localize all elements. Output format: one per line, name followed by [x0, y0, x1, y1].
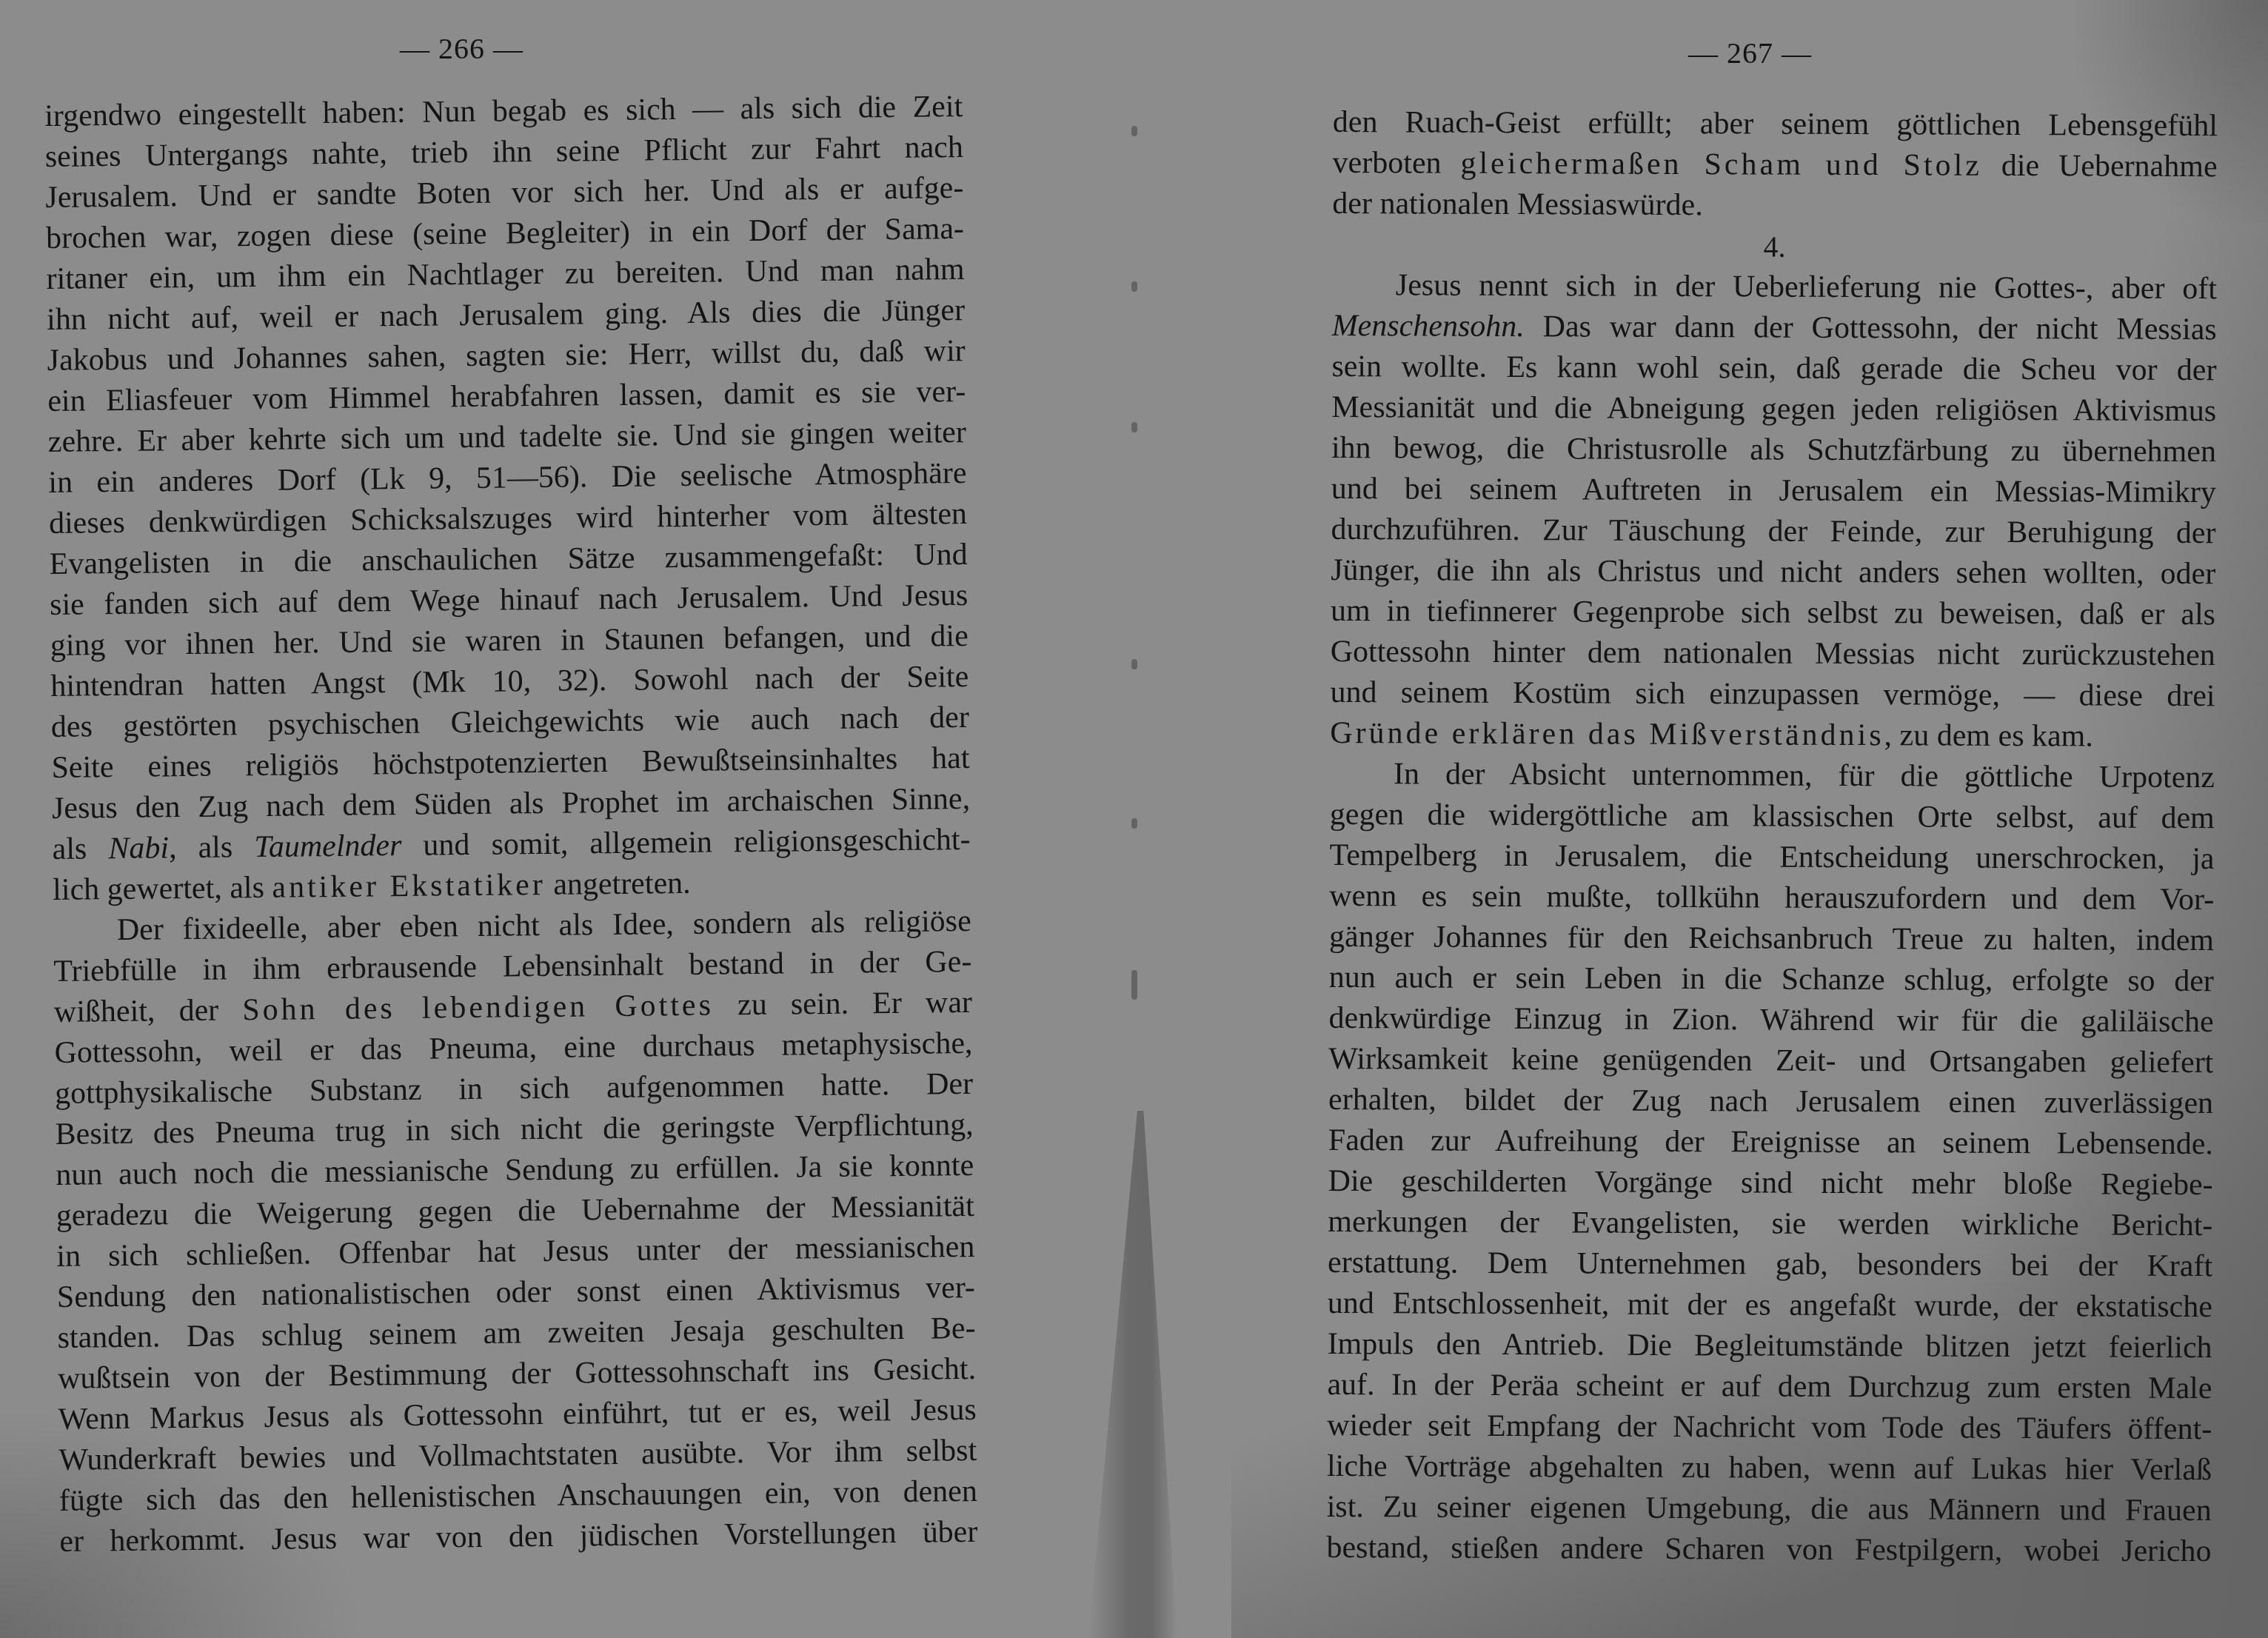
- italic-term: Nabi: [108, 831, 169, 866]
- text-line: gegen die widergöttliche am klassischen …: [1330, 795, 2215, 839]
- text-line: Wirksamkeit keine genügenden Zeit- und O…: [1328, 1039, 2213, 1083]
- text-line: und Entschlossenheit, mit der es angefaß…: [1328, 1283, 2212, 1328]
- text-line: und seinem Kostüm sich einzupassen vermö…: [1330, 672, 2215, 717]
- spaced-emphasis: antiker Ekstatiker: [272, 868, 546, 905]
- spaced-emphasis: Sohn des lebendigen Gottes: [242, 989, 714, 1028]
- text-line: durchzuführen. Zur Täuschung der Feinde,…: [1331, 509, 2215, 554]
- gutter-mark: [1131, 970, 1137, 1000]
- text-line: Faden zur Aufreihung der Ereignisse an s…: [1328, 1120, 2213, 1165]
- text-line: ist. Zu seiner eigenen Umgebung, die aus…: [1327, 1487, 2212, 1531]
- text-line: Jünger, die ihn als Christus und nicht a…: [1331, 550, 2215, 595]
- text-line: wenn es sein mußte, tollkühn herauszufor…: [1329, 876, 2214, 920]
- text-line: Messianität und die Abneigung gegen jede…: [1331, 387, 2216, 432]
- text-line: erstattung. Dem Unternehmen gab, besonde…: [1328, 1243, 2212, 1287]
- text-line: auf. In der Peräa scheint er auf dem Dur…: [1327, 1365, 2212, 1409]
- text-line: ihn bewog, die Christusrolle als Schutzf…: [1331, 428, 2216, 472]
- text-line: Gottessohn hinter dem nationalen Messias…: [1331, 632, 2215, 676]
- text-line: Menschensohn. Das war dann der Gottessoh…: [1332, 306, 2217, 350]
- text-line: Die geschilderten Vorgänge sind nicht me…: [1328, 1161, 2213, 1206]
- page-number-left: — 266 —: [400, 31, 523, 66]
- text-line: verboten gleichermaßen Scham und Stolz d…: [1333, 143, 2218, 187]
- gutter-mark: [1131, 281, 1137, 292]
- right-page-text: den Ruach-Geist erfüllt; aber seinem göt…: [1326, 102, 2218, 1572]
- text-line: denkwürdige Einzug in Zion. Während wir …: [1328, 998, 2213, 1043]
- text-line: liche Vorträge abgehalten zu haben, wenn…: [1327, 1446, 2212, 1491]
- text-line: nun auch er sein Leben in die Schanze sc…: [1329, 957, 2214, 1002]
- gutter-mark: [1131, 422, 1137, 432]
- text-line: um in tiefinnerer Gegenprobe sich selbst…: [1331, 591, 2215, 635]
- text-line: und bei seinem Auftreten in Jerusalem ei…: [1331, 469, 2216, 513]
- text-line: er herkommt. Jesus war von den jüdischen…: [59, 1512, 978, 1562]
- text-line: sein wollte. Es kann wohl sein, daß gera…: [1331, 347, 2216, 391]
- text-line: Tempelberg in Jerusalem, die Entscheidun…: [1329, 835, 2214, 880]
- spaced-emphasis: gleichermaßen Scham und Stolz: [1460, 147, 1982, 183]
- left-page-text: irgendwo eingestellt haben: Nun begab es…: [44, 87, 978, 1562]
- spaced-emphasis: Gründe erklären das Mißverständnis: [1330, 716, 1884, 752]
- text-line: Gründe erklären das Mißverständnis, zu d…: [1330, 713, 2215, 758]
- gutter-mark: [1131, 126, 1137, 136]
- paragraph-start: Jesus nennt sich in der Ueberlieferung n…: [1332, 265, 2217, 310]
- text-line: merkungen der Evangelisten, sie werden w…: [1328, 1202, 2212, 1246]
- italic-term: Menschensohn.: [1332, 309, 1525, 344]
- gutter-mark: [1131, 659, 1137, 669]
- italic-term: Taumelnder: [254, 829, 402, 864]
- gutter-shadow: [1088, 1111, 1177, 1638]
- text-line: Impuls den Antrieb. Die Begleitumstände …: [1328, 1324, 2212, 1368]
- section-heading: 4.: [1332, 224, 2217, 269]
- paragraph-start: In der Absicht unternommen, für die gött…: [1330, 754, 2215, 798]
- text-line: erhalten, bildet der Zug nach Jerusalem …: [1328, 1080, 2213, 1124]
- text-line: den Ruach-Geist erfüllt; aber seinem göt…: [1333, 102, 2218, 147]
- gutter-mark: [1131, 818, 1137, 829]
- page-number-right: — 267 —: [1688, 36, 1812, 70]
- text-line: wieder seit Empfang der Nachricht vom To…: [1327, 1405, 2212, 1450]
- text-line: gänger Johannes für den Reichsanbruch Tr…: [1329, 917, 2214, 961]
- text-line: der nationalen Messiaswürde.: [1332, 184, 2217, 228]
- text-line: bestand, stießen andere Scharen von Fest…: [1326, 1528, 2211, 1572]
